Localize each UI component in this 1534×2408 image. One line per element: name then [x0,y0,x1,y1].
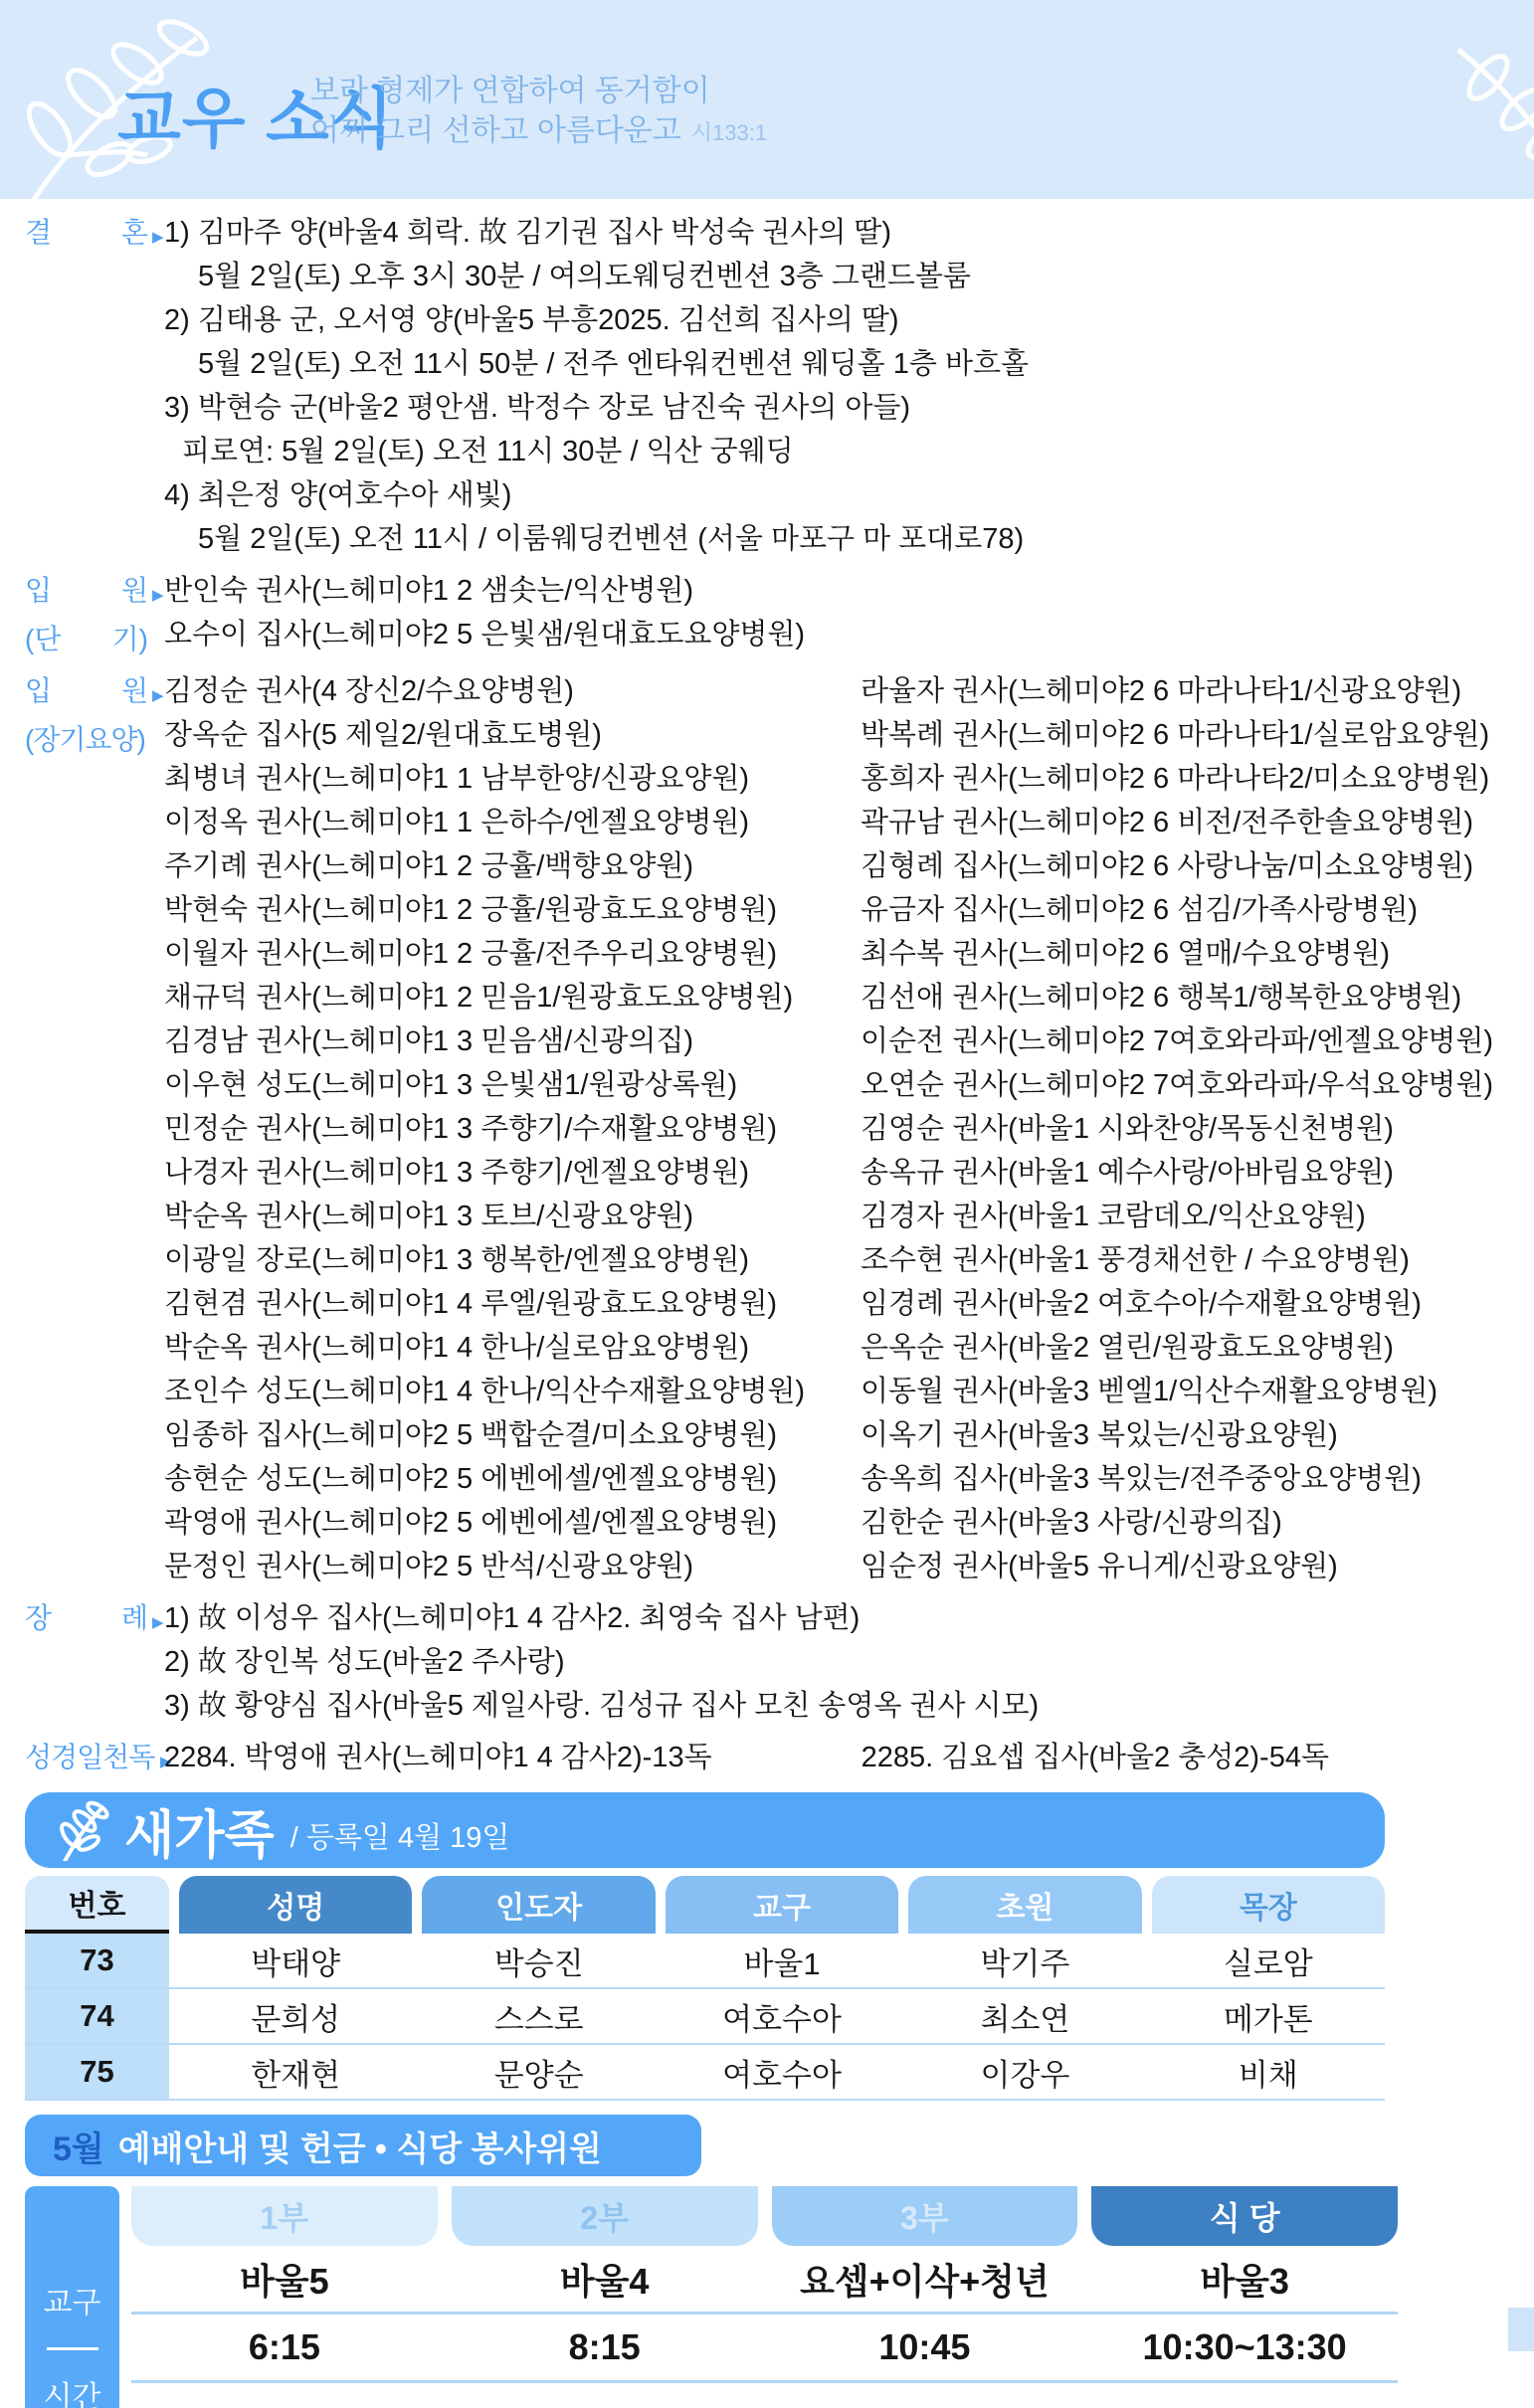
leaf-decoration-icon [55,1799,110,1861]
care-entry: 주기례 권사(느헤미야1 2 긍휼/백향요양원) [164,844,861,888]
care-entry: 장옥순 집사(5 제일2/원대효도병원) [164,713,861,757]
care-entry: 박순옥 권사(느헤미야1 4 한나/실로암요양병원) [164,1326,861,1370]
care-entry: 조수현 권사(바울1 풍경채선한 / 수요양병원) [861,1238,1534,1282]
care-column-left: 김정순 권사(4 장신2/수요양병원) 장옥순 집사(5 제일2/원대효도병원)… [164,669,861,1588]
table-cell: 여호수아 [666,2045,898,2099]
worship-title-text: 예배안내 및 헌금 • 식당 봉사위원 [118,2122,602,2170]
care-entry: 김정순 권사(4 장신2/수요양병원) [164,669,861,713]
row-number: 75 [25,2045,169,2099]
care-entry: 이우현 성도(느헤미야1 3 은빛샘1/원광상록원) [164,1063,861,1107]
table-cell: 실로암 [1152,1934,1385,1987]
table-cell: 문양순 [422,2045,655,2099]
care-entry: 이옥기 권사(바울3 복있는/신광요양원) [861,1413,1534,1457]
news-line: 1) 故 이성우 집사(느헤미야1 4 감사2. 최영숙 집사 남편) [164,1596,1534,1640]
verse-text: 보라 형제가 연합하여 동거함이 어찌 그리 선하고 아름다운고시133:1 [310,72,767,153]
row-label-district: 교구 [44,2278,101,2321]
care-entry: 김영순 권사(바울1 시와찬양/목동신천병원) [861,1107,1534,1151]
verse-line: 보라 형제가 연합하여 동거함이 [310,72,767,111]
column-header-service3: 3부 [772,2186,1078,2246]
care-entry: 임종하 집사(느헤미야2 5 백합순결/미소요양병원) [164,1413,861,1457]
care-entry: 김경자 권사(바울1 코람데오/익산요양원) [861,1195,1534,1238]
worship-header-row: 1부 2부 3부 식 당 [131,2186,1398,2246]
new-family-subtitle: / 등록일 4월 19일 [290,1815,510,1856]
section-label: 결혼▶ [25,211,164,561]
news-line: 피로연: 5월 2일(토) 오전 11시 30분 / 익산 궁웨딩 [164,430,1534,473]
section-content: 1) 김마주 양(바울4 희락. 故 김기권 집사 박성숙 권사의 딸) 5월 … [164,211,1534,561]
care-entry: 오연순 권사(느헤미야2 7여호와라파/우석요양병원) [861,1063,1534,1107]
table-cell: 박태양 [179,1934,412,1987]
news-line: 5월 2일(토) 오전 11시 50분 / 전주 엔타워컨벤션 웨딩홀 1층 바… [164,342,1534,386]
column-header-service1: 1부 [131,2186,438,2246]
section-label: 입원▶ (장기요양) [25,669,164,1588]
table-cell: 스스로 [422,1989,655,2043]
table-cell: 바울1 [666,1934,898,1987]
worship-title-bar: 5월 예배안내 및 헌금 • 식당 봉사위원 [25,2115,701,2176]
care-entry: 김형례 집사(느헤미야2 6 사랑나눔/미소요양병원) [861,844,1534,888]
care-entry: 은옥순 권사(바울2 열린/원광효도요양병원) [861,1326,1534,1370]
table-cell: 8:15 [452,2326,758,2368]
care-entry: 김선애 권사(느헤미야2 6 행복1/행복한요양병원) [861,976,1534,1019]
care-entry: 김현겸 권사(느헤미야1 4 루엘/원광효도요양병원) [164,1282,861,1326]
column-header-cell: 목장 [1152,1876,1385,1934]
divider-line [47,2347,98,2350]
column-header-parish: 교구 [666,1876,898,1934]
care-entry: 임경례 권사(바울2 여호수아/수재활요양병원) [861,1282,1534,1326]
worship-table: 교구 시간 1부 2부 3부 식 당 바울5 바울4 요셉+이삭+청년 바울3 … [25,2186,1398,2408]
table-cell: 문희성 [179,1989,412,2043]
news-line: 2) 김태용 군, 오서영 양(바울5 부흥2025. 김선희 집사의 딸) [164,298,1534,342]
table-cell: 바울5 [131,2254,438,2305]
table-cell: 메가톤 [1152,1989,1385,2043]
table-cell: 6:15 [131,2326,438,2368]
table-cell: 박기주 [908,1934,1141,1987]
care-entry: 홍희자 권사(느헤미야2 6 마라나타2/미소요양병원) [861,757,1534,801]
section-bible-reading: 성경일천독▶ 2284. 박영애 권사(느헤미야1 4 감사2)-13독 228… [25,1736,1534,1784]
new-family-banner: 새가족 / 등록일 4월 19일 [25,1792,1385,1868]
table-cell: 한재현 [179,2045,412,2099]
care-entry: 오수이 집사(느헤미야2 5 은빛샘/원대효도요양병원) [164,613,1534,656]
care-entry: 민정순 권사(느헤미야1 3 주향기/수재활요양병원) [164,1107,861,1151]
table-row: 73 박태양 박승진 바울1 박기주 실로암 [25,1934,1385,1989]
page-header: 교우 소식 보라 형제가 연합하여 동거함이 어찌 그리 선하고 아름다운고시1… [0,0,1534,199]
news-line: 2) 故 장인복 성도(바울2 주사랑) [164,1640,1534,1684]
care-entry: 라율자 권사(느헤미야2 6 마라나타1/신광요양원) [861,669,1534,713]
triangle-marker-icon: ▶ [152,574,164,618]
section-content: 2284. 박영애 권사(느헤미야1 4 감사2)-13독 2285. 김요셉 … [164,1736,1534,1784]
section-hospital-short: 입원▶ (단기) 반인숙 권사(느헤미야1 2 샘솟는/익산병원) 오수이 집사… [25,569,1534,661]
table-cell: 최소연 [908,1989,1141,2043]
care-entry: 임순정 권사(바울5 유니게/신광요양원) [861,1545,1534,1588]
table-row: 74 문희성 스스로 여호수아 최소연 메가톤 [25,1989,1385,2045]
table-cell: 10:45 [772,2326,1078,2368]
care-entry: 곽규남 권사(느헤미야2 6 비전/전주한솔요양병원) [861,801,1534,844]
care-entry: 박현숙 권사(느헤미야1 2 긍휼/원광효도요양병원) [164,888,861,932]
care-entry: 나경자 권사(느헤미야1 3 주향기/엔젤요양병원) [164,1151,861,1195]
news-line: 3) 故 황양심 집사(바울5 제일사랑. 김성규 집사 모친 송영옥 권사 시… [164,1684,1534,1728]
care-entry: 박순옥 권사(느헤미야1 3 토브/신광요양원) [164,1195,861,1238]
care-entry: 반인숙 권사(느헤미야1 2 샘솟는/익산병원) [164,569,1534,613]
triangle-marker-icon: ▶ [152,216,164,260]
care-entry: 송옥규 권사(바울1 예수사랑/아바림요양원) [861,1151,1534,1195]
table-cell: 바울3 [1091,2254,1398,2305]
section-content: 1) 故 이성우 집사(느헤미야1 4 감사2. 최영숙 집사 남편) 2) 故… [164,1596,1534,1728]
care-entry: 이월자 권사(느헤미야1 2 긍휼/전주우리요양병원) [164,932,861,976]
table-header-row: 번호 성명 인도자 교구 초원 목장 [25,1876,1385,1934]
section-content: 김정순 권사(4 장신2/수요양병원) 장옥순 집사(5 제일2/원대효도병원)… [164,669,1534,1588]
column-header-meadow: 초원 [908,1876,1141,1934]
column-header-name: 성명 [179,1876,412,1934]
verse-reference: 시133:1 [691,120,767,145]
care-entry: 이광일 장로(느헤미야1 3 행복한/엔젤요양병원) [164,1238,861,1282]
column-header-cafeteria: 식 당 [1091,2186,1398,2246]
table-cell: 여호수아 [666,1989,898,2043]
care-entry: 이정옥 권사(느헤미야1 1 은하수/엔젤요양병원) [164,801,861,844]
section-funeral: 장례▶ 1) 故 이성우 집사(느헤미야1 4 감사2. 최영숙 집사 남편) … [25,1596,1534,1728]
section-label: 장례▶ [25,1596,164,1728]
news-line: 1) 김마주 양(바울4 희락. 故 김기권 집사 박성숙 권사의 딸) [164,211,1534,255]
row-number: 73 [25,1934,169,1987]
care-entry: 최수복 권사(느헤미야2 6 열매/수요양병원) [861,932,1534,976]
triangle-marker-icon: ▶ [152,674,164,718]
news-line: 5월 2일(토) 오전 11시 / 이룸웨딩컨벤션 (서울 마포구 마 포대로7… [164,517,1534,561]
table-cell: 박승진 [422,1934,655,1987]
news-body: 결혼▶ 1) 김마주 양(바울4 희락. 故 김기권 집사 박성숙 권사의 딸)… [0,199,1534,1784]
district-row: 바울5 바울4 요셉+이삭+청년 바울3 [131,2246,1398,2312]
care-entry: 이동월 권사(바울3 벧엘1/익산수재활요양병원) [861,1370,1534,1413]
worship-row-labels: 교구 시간 [25,2186,119,2408]
bible-reading-entry: 2285. 김요셉 집사(바울2 충성2)-54독 [862,1736,1329,1784]
table-cell: 10:30~13:30 [1091,2326,1398,2368]
care-entry: 문정인 권사(느헤미야2 5 반석/신광요양원) [164,1545,861,1588]
care-entry: 유금자 집사(느헤미야2 6 섬김/가족사랑병원) [861,888,1534,932]
triangle-marker-icon: ▶ [152,1601,164,1645]
section-hospital-long: 입원▶ (장기요양) 김정순 권사(4 장신2/수요양병원) 장옥순 집사(5 … [25,669,1534,1588]
care-entry: 조인수 성도(느헤미야1 4 한나/익산수재활요양병원) [164,1370,861,1413]
bulletin-page: { "colors": { "header_bg": "#d7e9fb", "a… [0,0,1534,2408]
care-entry: 김경남 권사(느헤미야1 3 믿음샘/신광의집) [164,1019,861,1063]
new-family-table: 번호 성명 인도자 교구 초원 목장 73 박태양 박승진 바울1 박기주 실로… [25,1876,1385,2101]
decorative-square [1508,2308,1534,2351]
section-content: 반인숙 권사(느헤미야1 2 샘솟는/익산병원) 오수이 집사(느헤미야2 5 … [164,569,1534,661]
table-cell: 이강우 [908,2045,1141,2099]
row-number: 74 [25,1989,169,2043]
table-row: 75 한재현 문양순 여호수아 이강우 비채 [25,2045,1385,2101]
worship-table-main: 1부 2부 3부 식 당 바울5 바울4 요셉+이삭+청년 바울3 6:15 8… [131,2186,1398,2408]
divider-line [131,2380,1398,2383]
news-line: 5월 2일(토) 오후 3시 30분 / 여의도웨딩컨벤션 3층 그랜드볼룸 [164,255,1534,298]
care-entry: 송현순 성도(느헤미야2 5 에벤에셀/엔젤요양병원) [164,1457,861,1501]
bible-reading-entry: 2284. 박영애 권사(느헤미야1 4 감사2)-13독 [164,1736,712,1784]
column-header-no: 번호 [25,1876,169,1934]
care-entry: 김한순 권사(바울3 사랑/신광의집) [861,1501,1534,1545]
care-entry: 송옥희 집사(바울3 복있는/전주중앙요양병원) [861,1457,1534,1501]
row-label-time: 시간 [44,2372,101,2408]
section-label: 입원▶ (단기) [25,569,164,661]
care-entry: 최병녀 권사(느헤미야1 1 남부한양/신광요양원) [164,757,861,801]
verse-line: 어찌 그리 선하고 아름다운고시133:1 [310,111,767,153]
new-family-title: 새가족 [124,1793,275,1868]
care-entry: 채규덕 권사(느헤미야1 2 믿음1/원광효도요양병원) [164,976,861,1019]
care-entry: 곽영애 권사(느헤미야2 5 에벤에셀/엔젤요양병원) [164,1501,861,1545]
care-entry: 박복례 권사(느헤미야2 6 마라나타1/실로암요양원) [861,713,1534,757]
section-marriage: 결혼▶ 1) 김마주 양(바울4 희락. 故 김기권 집사 박성숙 권사의 딸)… [25,211,1534,561]
table-cell: 요셉+이삭+청년 [772,2254,1078,2305]
section-label: 성경일천독▶ [25,1736,164,1784]
news-line: 3) 박현승 군(바울2 평안샘. 박정수 장로 남진숙 권사의 아들) [164,386,1534,430]
time-row: 6:15 8:15 10:45 10:30~13:30 [131,2315,1398,2380]
column-header-service2: 2부 [452,2186,758,2246]
care-entry: 이순전 권사(느헤미야2 7여호와라파/엔젤요양병원) [861,1019,1534,1063]
table-cell: 바울4 [452,2254,758,2305]
worship-month: 5월 [53,2122,104,2170]
leaf-decoration-icon [1429,30,1534,169]
news-line: 4) 최은정 양(여호수아 새빛) [164,473,1534,517]
care-column-right: 라율자 권사(느헤미야2 6 마라나타1/신광요양원) 박복례 권사(느헤미야2… [861,669,1534,1588]
column-header-guide: 인도자 [422,1876,655,1934]
table-cell: 비채 [1152,2045,1385,2099]
